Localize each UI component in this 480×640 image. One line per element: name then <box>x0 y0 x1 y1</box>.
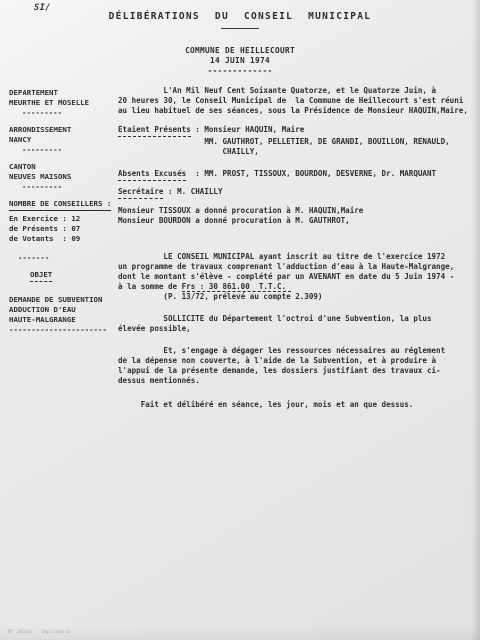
body-line: au lieu habituel de ses séances, sous la… <box>118 106 477 116</box>
conseillers-row-presents: de Présents : 07 <box>9 224 119 234</box>
arrondissement-value: NANCY <box>9 135 119 145</box>
body-line: l'appui de la présente demande, les doss… <box>118 366 477 376</box>
canton-value: NEUVES MAISONS <box>9 172 119 182</box>
dashes-divider: --------- <box>9 145 119 155</box>
dashes-divider: ------- <box>9 253 119 263</box>
canton-label: CANTON <box>9 162 119 172</box>
conseillers-block: NOMBRE DE CONSEILLERS : En Exercice : 12… <box>9 199 119 263</box>
compte-line: (P. 13/72, prélevé au compte 2.309) <box>118 292 477 302</box>
commune-header: COMMUNE DE HEILLECOURT 14 JUIN 1974 ----… <box>0 46 480 76</box>
body-line: Monsieur TISSOUX a donné procuration à M… <box>118 206 477 216</box>
scanned-document-page: SI/ DÉLIBÉRATIONS DU CONSEIL MUNICIPAL C… <box>0 0 480 640</box>
conseillers-heading: NOMBRE DE CONSEILLERS : <box>9 199 119 211</box>
objet-block: OBJET DEMANDE DE SUBVENTION ADDUCTION D'… <box>9 270 119 335</box>
session-date: 14 JUIN 1974 <box>0 56 480 66</box>
body-line: CHAILLY, <box>118 147 477 157</box>
dashes-divider: --------- <box>9 182 119 192</box>
body-line: dessus mentionnés. <box>118 376 477 386</box>
opening-paragraph: L'An Mil Neuf Cent Soixante Quatorze, et… <box>118 86 477 116</box>
sidebar: DEPARTEMENT MEURTHE ET MOSELLE ---------… <box>9 88 119 335</box>
conseillers-row-exercice: En Exercice : 12 <box>9 214 119 224</box>
secretaire-section: Secrétaire : M. CHAILLY <box>118 187 477 199</box>
printer-reference-mark: N° 30334 - Imprimerie <box>8 630 71 635</box>
objet-line: DEMANDE DE SUBVENTION <box>9 295 119 305</box>
conseillers-row-votants: de Votants : 09 <box>9 234 119 244</box>
arrondissement-label: ARRONDISSEMENT <box>9 125 119 135</box>
sollicite-paragraph: SOLLICITE du Département l'octroi d'une … <box>118 314 477 334</box>
presents-heading-line: Etaient Présents : Monsieur HAQUIN, Mair… <box>118 125 477 137</box>
departement-block: DEPARTEMENT MEURTHE ET MOSELLE --------- <box>9 88 119 118</box>
count-votants: 09 <box>71 234 80 243</box>
secretaire-heading-line: Secrétaire : M. CHAILLY <box>118 187 477 199</box>
body-line: L'An Mil Neuf Cent Soixante Quatorze, et… <box>118 86 477 96</box>
objet-line: ADDUCTION D'EAU <box>9 305 119 315</box>
engagement-paragraph: Et, s'engage à dégager les ressources né… <box>118 346 477 386</box>
title-rule <box>221 28 259 29</box>
conseillers-rows: En Exercice : 12 de Présents : 07 de Vot… <box>9 214 119 244</box>
body-line: un programme de travaux comprenant l'add… <box>118 262 477 272</box>
page-title: DÉLIBÉRATIONS DU CONSEIL MUNICIPAL <box>0 11 480 22</box>
presents-section: Etaient Présents : Monsieur HAQUIN, Mair… <box>118 125 477 157</box>
body-line: à la somme de Frs : 30 861.00 T.T.C. <box>118 282 477 292</box>
commune-name: COMMUNE DE HEILLECOURT <box>0 46 480 56</box>
absents-heading-line: Absents Excusés : MM. PROST, TISSOUX, BO… <box>118 169 477 181</box>
body-line: élevée possible, <box>118 324 477 334</box>
objet-heading: OBJET <box>9 270 119 282</box>
body-line: de la dépense non couverte, à l'aide de … <box>118 356 477 366</box>
procurations-section: Monsieur TISSOUX a donné procuration à M… <box>118 206 477 226</box>
closing-line-section: Fait et délibéré en séance, les jour, mo… <box>118 400 477 410</box>
body-line: Monsieur BOURDON a donné procuration à M… <box>118 216 477 226</box>
absents-section: Absents Excusés : MM. PROST, TISSOUX, BO… <box>118 169 477 181</box>
document-body: L'An Mil Neuf Cent Soixante Quatorze, et… <box>118 86 477 410</box>
deliberation-paragraph: LE CONSEIL MUNICIPAL ayant inscrit au ti… <box>118 252 477 302</box>
departement-value: MEURTHE ET MOSELLE <box>9 98 119 108</box>
body-line: LE CONSEIL MUNICIPAL ayant inscrit au ti… <box>118 252 477 262</box>
departement-label: DEPARTEMENT <box>9 88 119 98</box>
objet-line: HAUTE-MALGRANGE <box>9 315 119 325</box>
body-line: 20 heures 30, le Conseil Municipal de la… <box>118 96 477 106</box>
canton-block: CANTON NEUVES MAISONS --------- <box>9 162 119 192</box>
count-presents: 07 <box>71 224 80 233</box>
count-en-exercice: 12 <box>71 214 80 223</box>
dashes-divider: --------- <box>9 108 119 118</box>
body-line: Et, s'engage à dégager les ressources né… <box>118 346 477 356</box>
header-dashes: ------------- <box>0 66 480 76</box>
body-line: dont le montant s'élève - complété par u… <box>118 272 477 282</box>
arrondissement-block: ARRONDISSEMENT NANCY --------- <box>9 125 119 155</box>
dashes-divider: ---------------------- <box>9 325 119 335</box>
body-line: SOLLICITE du Département l'octroi d'une … <box>118 314 477 324</box>
closing-line: Fait et délibéré en séance, les jour, mo… <box>118 400 477 410</box>
objet-lines: DEMANDE DE SUBVENTION ADDUCTION D'EAU HA… <box>9 295 119 325</box>
body-line: MM. GAUTHROT, PELLETIER, DE GRANDI, BOUI… <box>118 137 477 147</box>
